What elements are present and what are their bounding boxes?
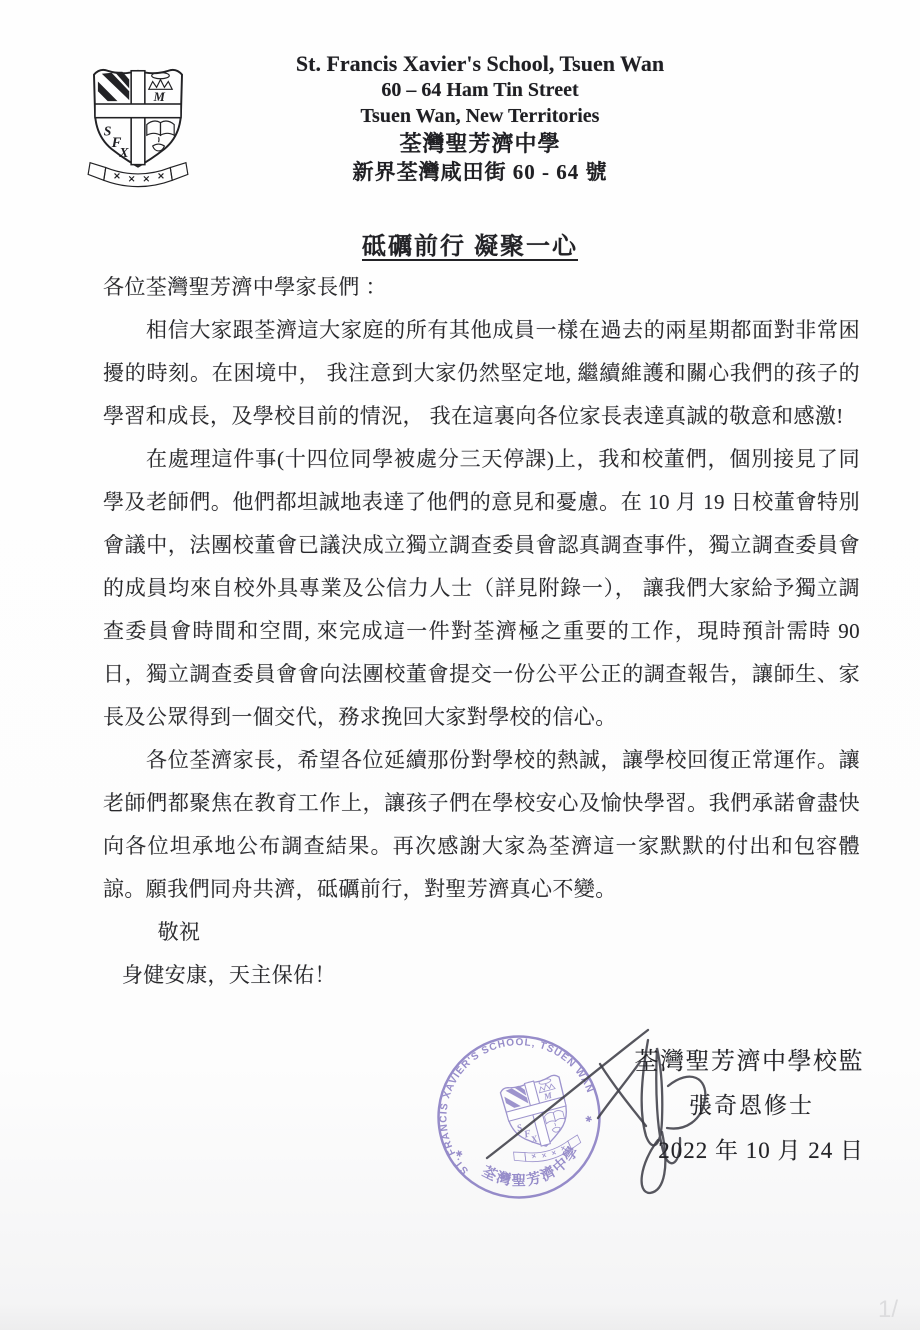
- signer-name: 張奇恩修士: [544, 1084, 864, 1128]
- school-name-zh: 荃灣聖芳濟中學: [200, 129, 760, 158]
- letter-title: 砥礪前行 凝聚一心: [0, 226, 920, 261]
- letter-body: 各位荃灣聖芳濟中學家長們 ： 相信大家跟荃濟這大家庭的所有其他成員一樣在過去的兩…: [103, 266, 860, 997]
- page-indicator: 1/: [878, 1296, 898, 1324]
- letter-page: St. Francis Xavier's School, Tsuen Wan 6…: [0, 0, 920, 1330]
- signature-block: 荃灣聖芳濟中學校監 張奇恩修士 2022 年 10 月 24 日: [544, 1040, 864, 1174]
- signer-title: 荃灣聖芳濟中學校監: [544, 1040, 864, 1084]
- closing-blessing: 身健安康，天主保佑！: [103, 954, 860, 997]
- paragraph-3: 各位荃濟家長，希望各位延續那份對學校的熱誠，讓學校回復正常運作。讓老師們都聚焦在…: [103, 739, 860, 911]
- school-crest-logo: [84, 60, 192, 192]
- letterhead: St. Francis Xavier's School, Tsuen Wan 6…: [200, 50, 760, 186]
- school-name-en: St. Francis Xavier's School, Tsuen Wan: [200, 50, 760, 77]
- address-zh: 新界荃灣咸田街 60 - 64 號: [200, 158, 760, 186]
- address-line2-en: Tsuen Wan, New Territories: [200, 103, 760, 129]
- letter-date: 2022 年 10 月 24 日: [544, 1128, 864, 1174]
- salutation: 各位荃灣聖芳濟中學家長們 ：: [103, 266, 860, 309]
- closing-salute: 敬祝: [103, 911, 860, 954]
- address-line1-en: 60 – 64 Ham Tin Street: [200, 77, 760, 103]
- paragraph-1: 相信大家跟荃濟這大家庭的所有其他成員一樣在過去的兩星期都面對非常困擾的時刻。在困…: [103, 309, 860, 438]
- paragraph-2: 在處理這件事(十四位同學被處分三天停課)上，我和校董們，個別接見了同學及老師們。…: [103, 438, 860, 739]
